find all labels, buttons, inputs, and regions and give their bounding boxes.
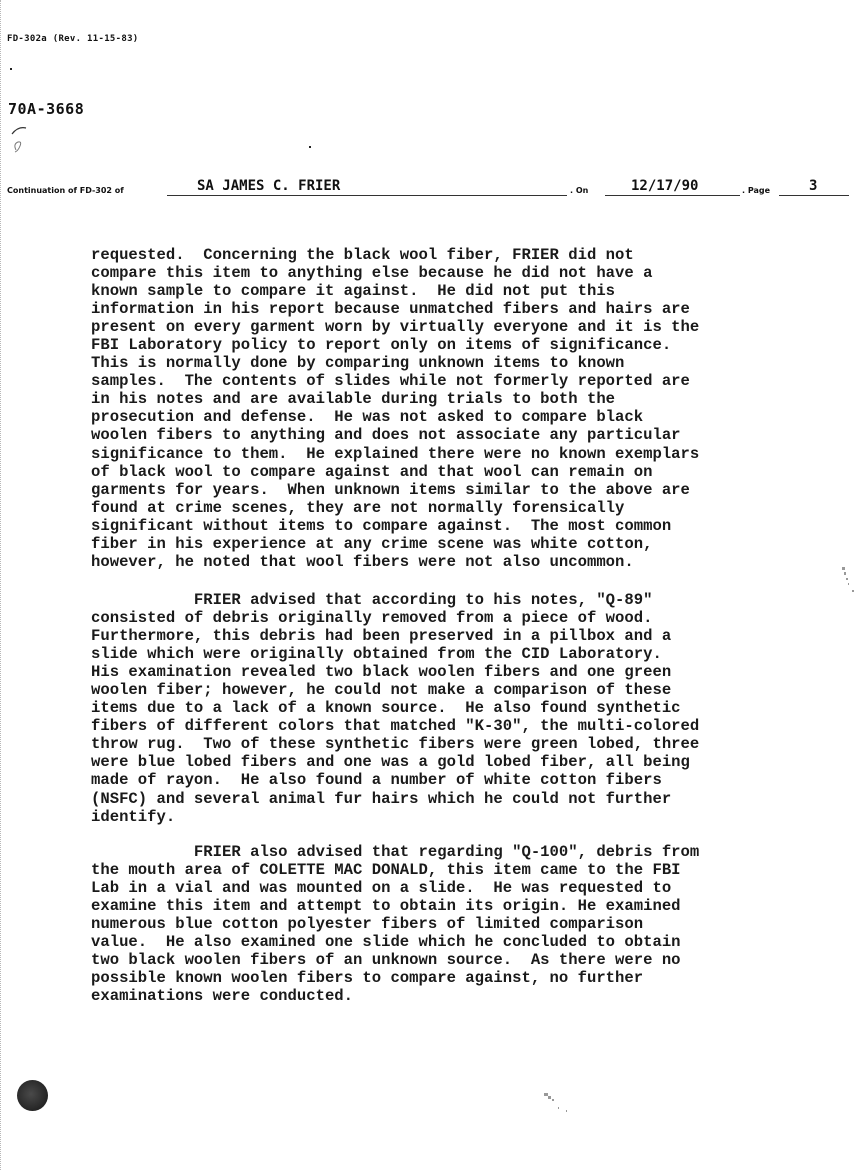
form-number: FD-302a (Rev. 11-15-83) [7,34,139,44]
body-paragraph: requested. Concerning the black wool fib… [91,246,811,571]
page-number: 3 [779,176,849,196]
stray-mark [10,68,12,70]
continuation-label: Continuation of FD-302 of [7,186,124,195]
stray-mark [309,146,311,148]
report-date: 12/17/90 [605,176,740,196]
page-left-edge [0,0,3,1170]
body-paragraph: FRIER also advised that regarding "Q-100… [91,843,811,1005]
file-number: 70A-3668 [8,100,84,118]
date-label: . On [570,186,588,195]
continuation-header: Continuation of FD-302 of SA JAMES C. FR… [7,176,847,200]
punch-hole-mark [17,1080,48,1111]
subject-name: SA JAMES C. FRIER [167,176,567,196]
body-paragraph: FRIER advised that according to his note… [91,591,811,826]
page-label: . Page [742,186,770,195]
handwritten-initials-icon [10,124,38,154]
